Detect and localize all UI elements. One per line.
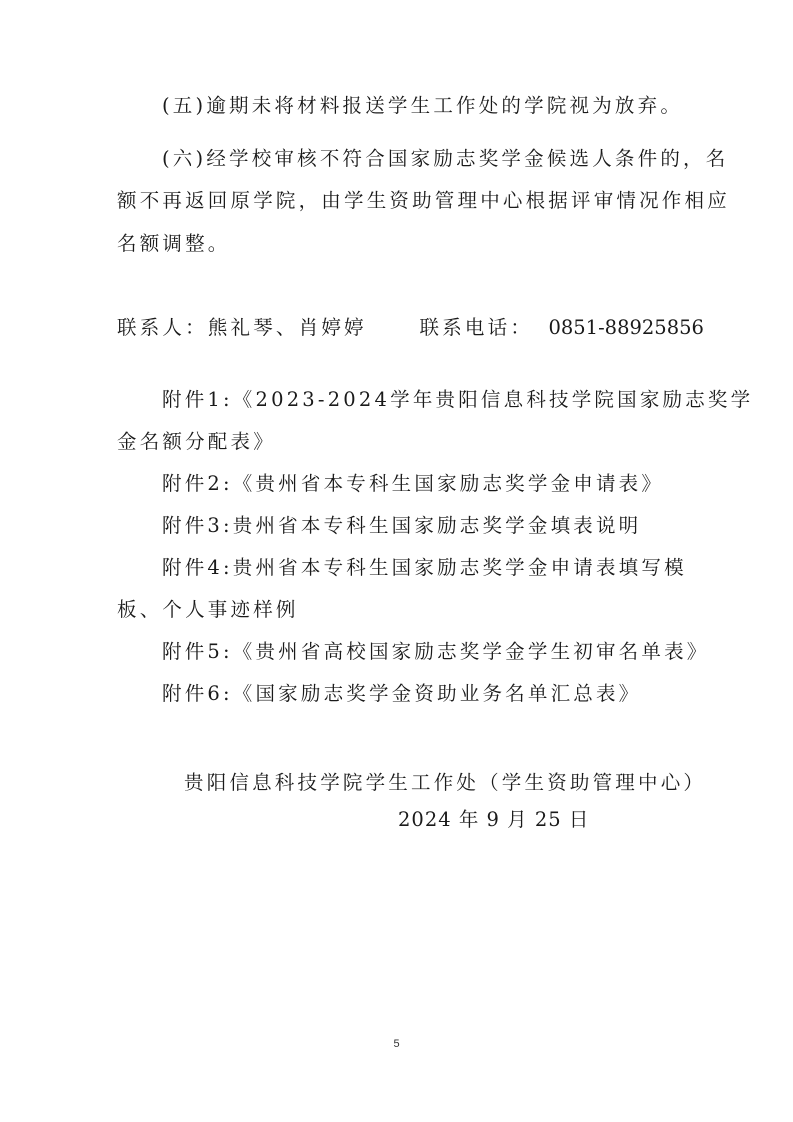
attachment-4-line-1: 附件4:贵州省本专科生国家励志奖学金申请表填写模 (162, 552, 687, 580)
attachment-5: 附件5:《贵州省高校国家励志奖学金学生初审名单表》 (162, 636, 709, 664)
page-number: 5 (0, 1038, 793, 1050)
contact-phone-label: 联系电话： (420, 316, 534, 339)
attachment-1-line-1: 附件1:《2023-2024学年贵阳信息科技学院国家励志奖学 (162, 384, 753, 412)
contact-phone: 0851-88925856 (548, 316, 703, 339)
attachment-4-line-2: 板、个人事迹样例 (117, 594, 299, 622)
paragraph-item-6-line-3: 名额调整。 (117, 228, 231, 256)
attachment-6: 附件6:《国家励志奖学金资助业务名单汇总表》 (162, 678, 641, 706)
attachment-1-line-2: 金名额分配表》 (117, 426, 276, 454)
contact-persons: 熊礼琴、肖婷婷 (208, 316, 367, 339)
paragraph-item-5: (五)逾期未将材料报送学生工作处的学院视为放弃。 (162, 90, 683, 118)
paragraph-item-6-line-1: (六)经学校审核不符合国家励志奖学金候选人条件的，名 (162, 143, 728, 171)
attachment-2: 附件2:《贵州省本专科生国家励志奖学金申请表》 (162, 468, 664, 496)
signature-org: 贵阳信息科技学院学生工作处（学生资助管理中心） (184, 767, 706, 795)
attachment-3: 附件3:贵州省本专科生国家励志奖学金填表说明 (162, 510, 641, 538)
paragraph-item-6-line-2: 额不再返回原学院，由学生资助管理中心根据评审情况作相应 (117, 185, 730, 213)
contact-line: 联系人：熊礼琴、肖婷婷 联系电话： 0851-88925856 (117, 312, 704, 340)
contact-persons-label: 联系人： (117, 316, 208, 339)
signature-date: 2024 年 9 月 25 日 (398, 804, 589, 832)
